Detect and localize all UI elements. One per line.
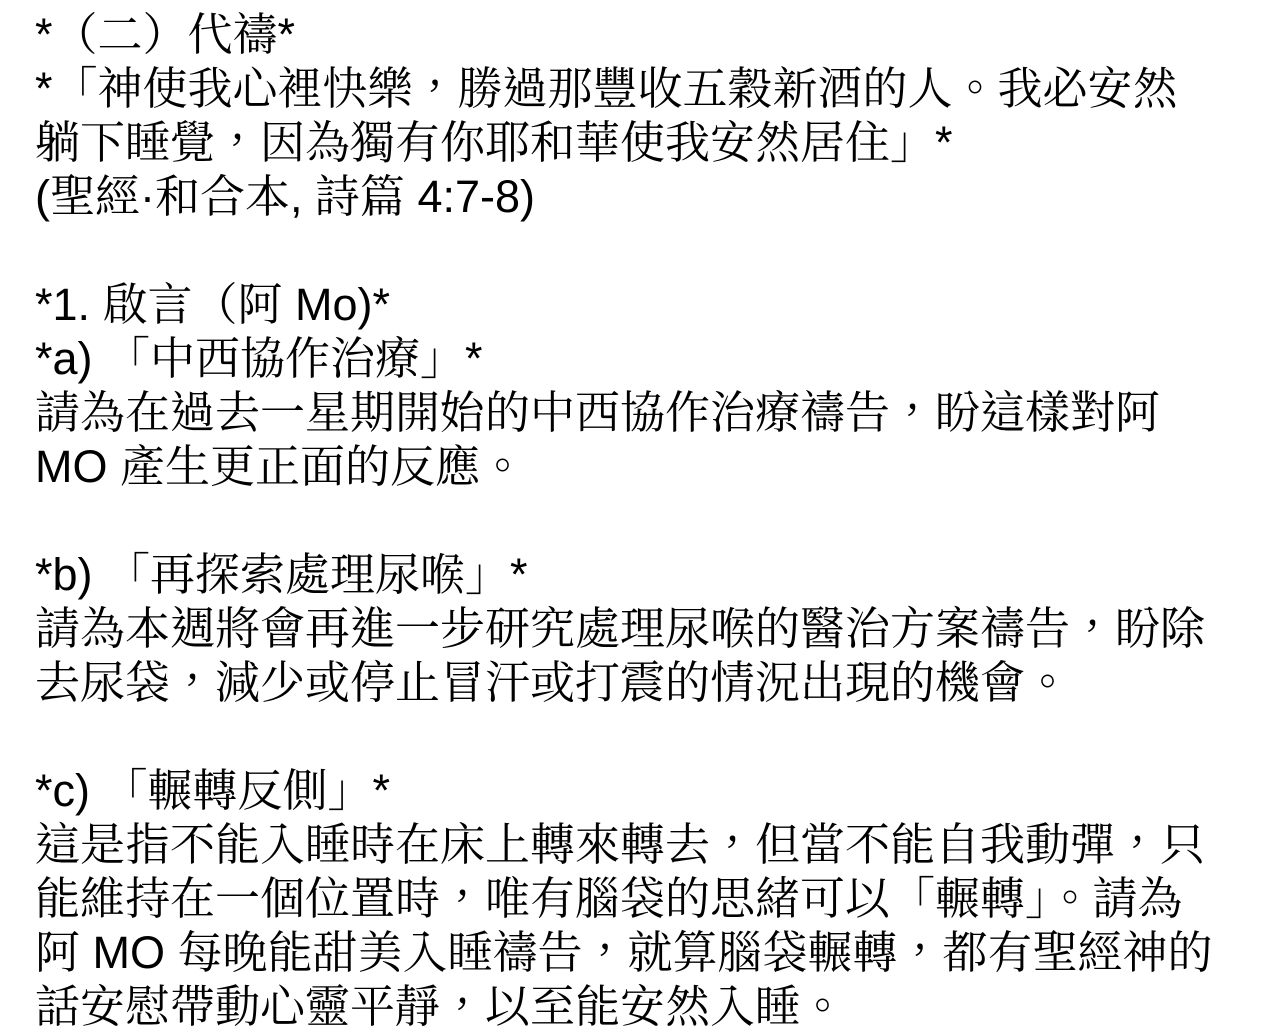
blank-line [35,494,1264,548]
text-line-item-b-body-2: 去尿袋，減少或停止冒汗或打震的情況出現的機會。 [35,656,1264,710]
text-line-item-a-heading: *a) 「中西協作治療」* [35,332,1264,386]
text-line-item-c-body-3: 阿 MO 每晚能甜美入睡禱告，就算腦袋輾轉，都有聖經神的 [35,926,1264,980]
text-line-scripture-ref: (聖經·和合本, 詩篇 4:7-8) [35,170,1264,224]
text-line-item-a-body-2: MO 產生更正面的反應。 [35,440,1264,494]
text-line-item-c-heading: *c) 「輾轉反側」* [35,764,1264,818]
text-line-scripture-1: *「神使我心裡快樂，勝過那豐收五穀新酒的人。我必安然 [35,62,1264,116]
text-line-item-c-body-4: 話安慰帶動心靈平靜，以至能安然入睡。 [35,980,1264,1034]
text-line-title: *（二）代禱* [35,8,1264,62]
blank-line [35,224,1264,278]
blank-line [35,710,1264,764]
text-line-item-b-heading: *b) 「再探索處理尿喉」* [35,548,1264,602]
text-line-scripture-2: 躺下睡覺，因為獨有你耶和華使我安然居住」* [35,116,1264,170]
text-line-item-a-body-1: 請為在過去一星期開始的中西協作治療禱告，盼這樣對阿 [35,386,1264,440]
document-page: *（二）代禱* *「神使我心裡快樂，勝過那豐收五穀新酒的人。我必安然 躺下睡覺，… [0,0,1284,1036]
text-line-item-c-body-1: 這是指不能入睡時在床上轉來轉去，但當不能自我動彈，只 [35,818,1264,872]
text-line-section-1-heading: *1. 啟言（阿 Mo)* [35,278,1264,332]
text-line-item-b-body-1: 請為本週將會再進一步研究處理尿喉的醫治方案禱告，盼除 [35,602,1264,656]
text-line-item-c-body-2: 能維持在一個位置時，唯有腦袋的思緒可以「輾轉」。請為 [35,872,1264,926]
